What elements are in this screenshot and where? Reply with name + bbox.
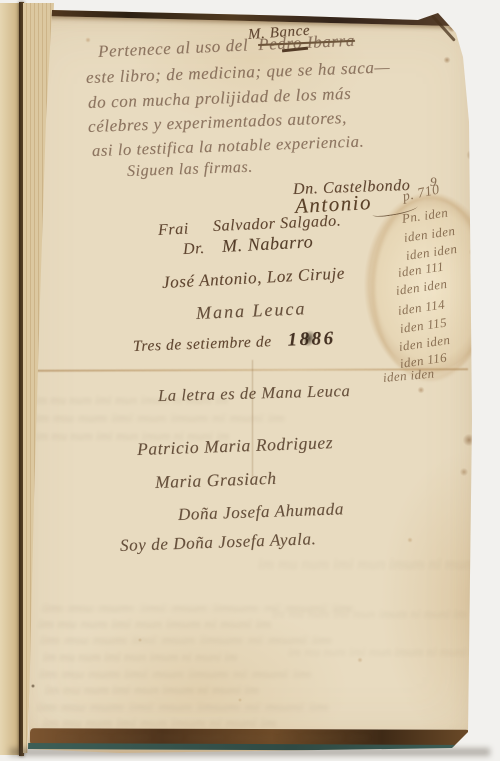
bleedthrough-line: im mu num imi mun imum ni muni im bbox=[32, 410, 285, 426]
bleedthrough-line: im mu num imi mun imum ni muni im bbox=[38, 616, 271, 632]
bleedthrough-line: im mu num imi mun imum ni muni im bbox=[58, 729, 369, 745]
bleedthrough-line: im mu num imi mun imum ni muni im bbox=[272, 606, 466, 622]
signature-nabarro-title: Dr. bbox=[183, 240, 206, 259]
margin-iden-item: iden iden bbox=[382, 366, 435, 386]
page-top-deckle-edge bbox=[44, 2, 462, 26]
signature-nabarro-name: M. Nabarro bbox=[221, 231, 313, 257]
bleedthrough-line: im mu num imi mun imum ni muni im bbox=[37, 699, 328, 715]
struck-previous-owner: Pedro Ibarra bbox=[258, 31, 356, 54]
bleedthrough-line: im mu num imi mun imum ni muni im bbox=[34, 392, 228, 408]
page-corner-tear bbox=[431, 14, 456, 41]
bleedthrough-line: im mu num imi mun imum ni muni im bbox=[39, 666, 311, 682]
signature-jose-antonio: José Antonio, Loz Ciruje bbox=[161, 263, 345, 293]
bleedthrough-flourish: im mu num imi mun imum ni muni im bbox=[258, 556, 497, 574]
date-text: Tres de setiembre de bbox=[133, 333, 272, 355]
lower-name-grasiach: Maria Grasiach bbox=[155, 468, 277, 493]
opening-line-5: asi lo testifica la notable experiencia. bbox=[92, 132, 365, 161]
signature-mana-leuca: Mana Leuca bbox=[196, 298, 307, 324]
opening-line-1-text: Pertenece al uso del bbox=[98, 35, 249, 61]
bleedthrough-line: im mu num imi mun imum ni muni im bbox=[35, 428, 229, 444]
lower-name-ayala: Soy de Doña Josefa Ayala. bbox=[120, 529, 317, 556]
bleedthrough-line: im mu num imi mun imum ni muni im bbox=[43, 649, 237, 665]
bleedthrough-line: im mu num imi mun imum ni muni im bbox=[45, 682, 259, 698]
photograph: M. Bance Pertenece al uso delPedro Ibarr… bbox=[0, 0, 500, 761]
signature-salgado-title: Frai bbox=[158, 220, 190, 240]
bleedthrough-line: im mu num imi mun imum ni muni im bbox=[288, 644, 482, 660]
opening-line-1: Pertenece al uso delPedro Ibarra bbox=[98, 31, 356, 62]
book-cover-fore-edge bbox=[0, 3, 20, 755]
manuscript-page: M. Bance Pertenece al uso delPedro Ibarr… bbox=[0, 0, 500, 761]
lower-name-ahumada: Doña Josefa Ahumada bbox=[178, 499, 345, 525]
opening-line-6: Siguen las firmas. bbox=[127, 159, 253, 181]
